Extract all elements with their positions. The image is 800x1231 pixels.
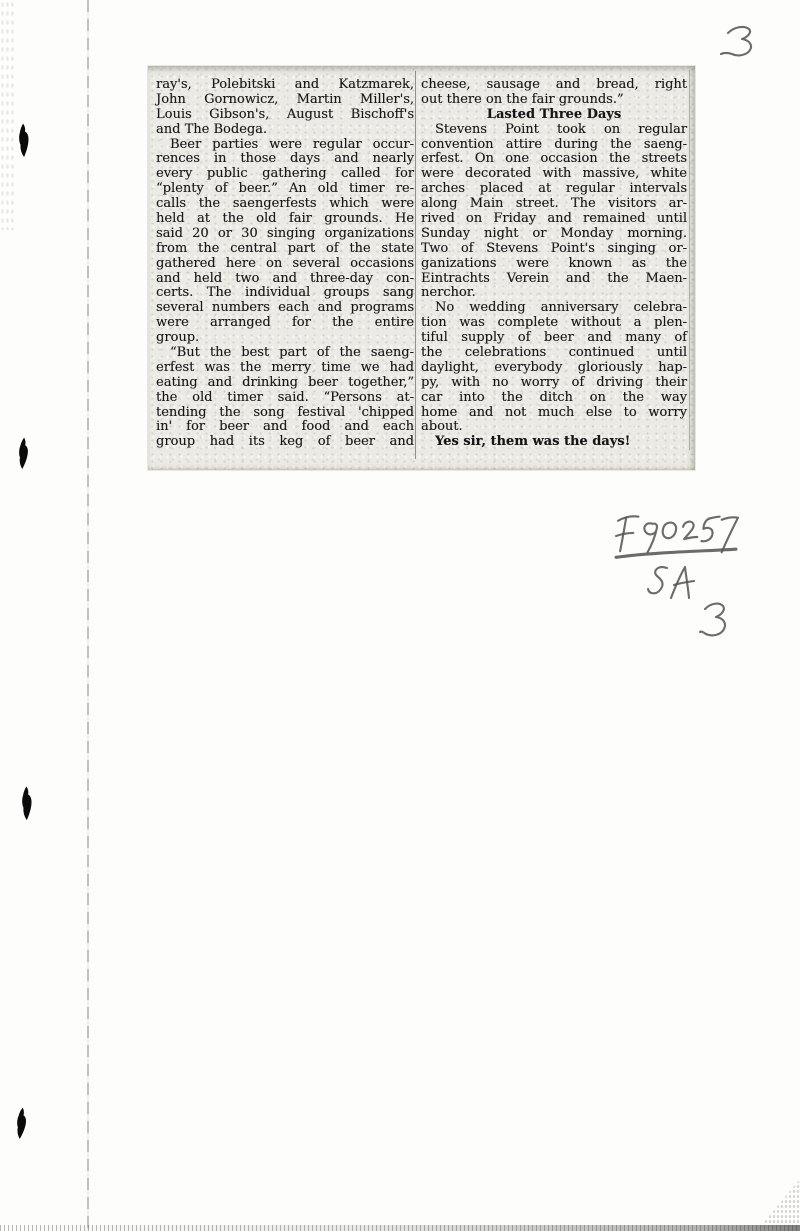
clipping-line: John Gornowicz, Martin Miller's, [156, 93, 414, 108]
clipping-line: and held two and three-day con- [156, 272, 414, 287]
clipping-line: said 20 or 30 singing organizations [156, 227, 414, 242]
clipping-line: car into the ditch on the way [421, 391, 687, 406]
scan-bottom-edge [0, 1225, 800, 1231]
clipping-line: certs. The individual groups sang [156, 286, 414, 301]
clipping-line: in' for beer and food and each [156, 420, 414, 435]
clipping-line: tending the song festival 'chipped [156, 406, 414, 421]
handwritten-catalog-code [612, 510, 740, 564]
clipping-line: py, with no worry of driving their [421, 376, 687, 391]
clipping-line: Beer parties were regular occur- [156, 138, 414, 153]
clipping-line: held at the old fair grounds. He [156, 212, 414, 227]
clipping-line: tion was complete without a plen- [421, 316, 687, 331]
column-divider-rule [415, 71, 416, 459]
clipping-line: Lasted Three Days [421, 108, 687, 123]
page-fold-line [87, 0, 89, 1231]
clipping-line: along Main street. The visitors ar- [421, 197, 687, 212]
handwritten-page-number [697, 598, 733, 642]
clipping-line: Eintrachts Verein and the Maen- [421, 272, 687, 287]
clipping-line: group had its keg of beer and [156, 435, 414, 450]
clipping-line: nerchor. [421, 286, 687, 301]
clipping-line: were arranged for the entire [156, 316, 414, 331]
clipping-line: erfest. On one occasion the streets [421, 152, 687, 167]
newspaper-clipping: ray's, Polebitski and Katzmarek,John Gor… [148, 66, 695, 470]
clipping-line: arches placed at regular intervals [421, 182, 687, 197]
clipping-line: No wedding anniversary celebra- [421, 301, 687, 316]
ink-blot [15, 432, 32, 476]
clipping-line: cheese, sausage and bread, right [421, 78, 687, 93]
scan-corner-noise [760, 1179, 800, 1227]
clipping-line: eating and drinking beer together,” [156, 376, 414, 391]
clipping-right-rule [689, 70, 690, 450]
clipping-line: “plenty of beer.” An old timer re- [156, 182, 414, 197]
clipping-line: Stevens Point took on regular [421, 123, 687, 138]
clipping-line: “But the best part of the saeng- [156, 346, 414, 361]
clipping-column-right: cheese, sausage and bread, rightout ther… [421, 78, 687, 450]
clipping-line: Yes sir, them was the days! [421, 435, 687, 450]
ink-blot [12, 1102, 30, 1147]
handwritten-series-code [645, 562, 697, 608]
clipping-line: daylight, everybody gloriously hap- [421, 361, 687, 376]
clipping-line: rences in those days and nearly [156, 152, 414, 167]
handwritten-top-page-number [718, 20, 762, 62]
clipping-line: erfest was the merry time we had [156, 361, 414, 376]
clipping-line: several numbers each and programs [156, 301, 414, 316]
clipping-line: calls the saengerfests which were [156, 197, 414, 212]
clipping-line: were decorated with massive, white [421, 167, 687, 182]
clipping-line: convention attire during the saeng- [421, 138, 687, 153]
clipping-line: group. [156, 331, 414, 346]
clipping-line: ray's, Polebitski and Katzmarek, [156, 78, 414, 93]
clipping-line: the old timer said. “Persons at- [156, 391, 414, 406]
clipping-line: ganizations were known as the [421, 257, 687, 272]
ink-blot [18, 780, 36, 829]
clipping-line: Sunday night or Monday morning. [421, 227, 687, 242]
clipping-line: tiful supply of beer and many of [421, 331, 687, 346]
clipping-line: rived on Friday and remained until [421, 212, 687, 227]
clipping-line: the celebrations continued until [421, 346, 687, 361]
clipping-line: Louis Gibson's, August Bischoff's [156, 108, 414, 123]
clipping-column-left: ray's, Polebitski and Katzmarek,John Gor… [156, 78, 414, 450]
clipping-line: home and not much else to worry [421, 406, 687, 421]
clipping-line: from the central part of the state [156, 242, 414, 257]
clipping-line: Two of Stevens Point's singing or- [421, 242, 687, 257]
clipping-line: gathered here on several occasions [156, 257, 414, 272]
clipping-line: every public gathering called for [156, 167, 414, 182]
ink-blot [15, 118, 33, 165]
clipping-line: and The Bodega. [156, 123, 414, 138]
clipping-line: out there on the fair grounds.” [421, 93, 687, 108]
scan-edge-speckle [0, 0, 16, 230]
clipping-line: about. [421, 420, 687, 435]
